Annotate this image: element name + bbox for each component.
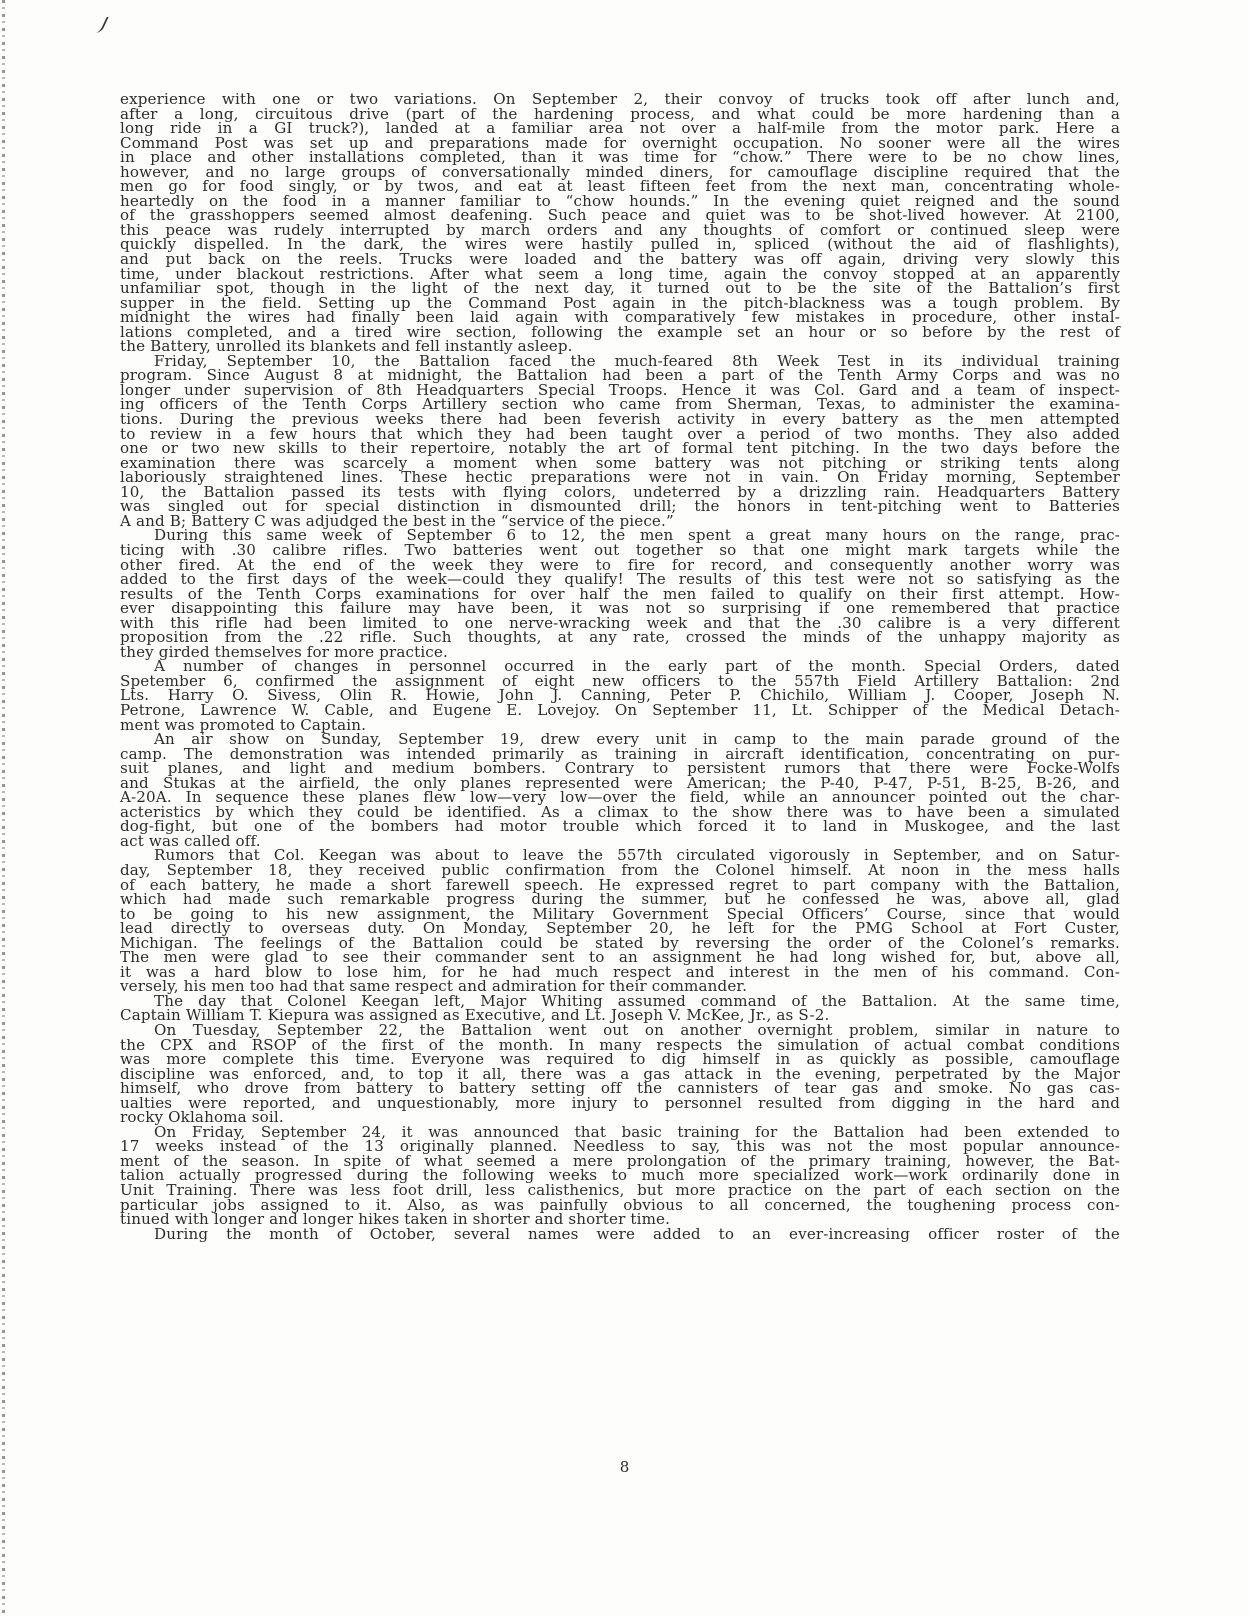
paragraph: Friday, September 10, the Battalion face… xyxy=(120,354,1120,529)
page-number: 8 xyxy=(0,1458,1249,1476)
paragraph: During this same week of September 6 to … xyxy=(120,528,1120,659)
pencil-mark xyxy=(89,17,108,33)
paragraph: On Friday, September 24, it was announce… xyxy=(120,1125,1120,1227)
paragraph: An air show on Sunday, September 19, dre… xyxy=(120,732,1120,848)
paragraph: experience with one or two variations. O… xyxy=(120,92,1120,354)
paragraph: On Tuesday, September 22, the Battalion … xyxy=(120,1023,1120,1125)
paragraph: A number of changes in personnel occurre… xyxy=(120,659,1120,732)
scan-edge-artifact xyxy=(2,0,5,1616)
document-body: experience with one or two variations. O… xyxy=(120,92,1120,1241)
text-line: dog-fight, but one of the bombers had mo… xyxy=(120,819,1120,834)
paragraph: Rumors that Col. Keegan was about to lea… xyxy=(120,848,1120,993)
paragraph: During the month of October, several nam… xyxy=(120,1227,1120,1242)
text-line: During the month of October, several nam… xyxy=(120,1227,1120,1242)
paragraph: The day that Colonel Keegan left, Major … xyxy=(120,994,1120,1023)
